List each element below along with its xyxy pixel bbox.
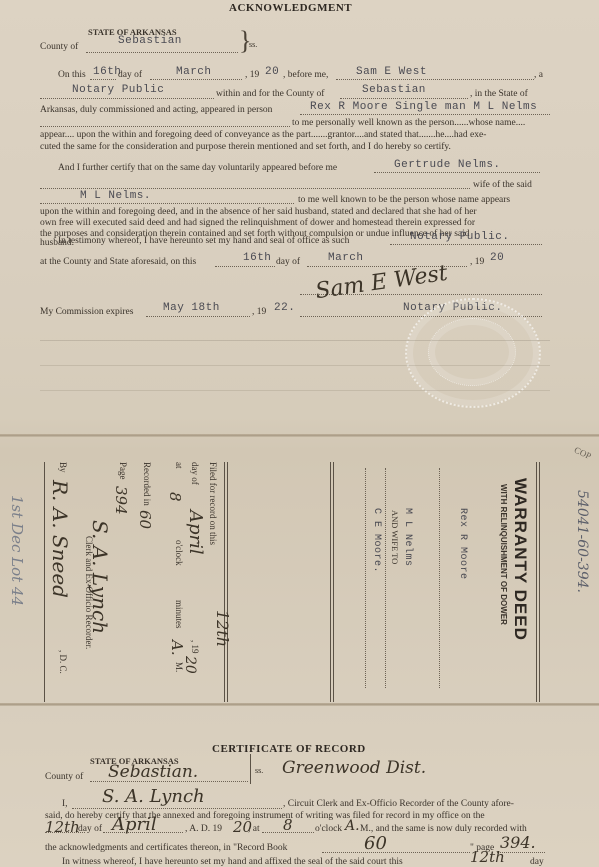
cert-i-label: I,	[62, 799, 68, 809]
day-of-label: day of	[118, 70, 142, 80]
dotline	[385, 468, 387, 688]
deed-title: WARRANTY DEED	[510, 478, 530, 641]
cert-county-label: County of	[45, 772, 83, 782]
dotline	[300, 114, 550, 115]
filed-label: Filed for record on this	[208, 462, 218, 545]
at-label: at	[174, 462, 184, 469]
hour-value: 8	[166, 492, 184, 502]
minutes-label: minutes	[174, 600, 184, 629]
certificate-title: CERTIFICATE OF RECORD	[212, 743, 366, 755]
year-prefix: , 19	[190, 640, 200, 654]
notary-seal-inner	[428, 318, 516, 386]
dotline	[72, 808, 282, 809]
dotline	[90, 79, 116, 80]
cert-at: , at	[248, 824, 260, 834]
dotline	[390, 244, 542, 245]
filed-month: April	[185, 510, 206, 555]
husband-name: M L Nelms.	[80, 190, 151, 202]
line6-text: cuted the same for the consideration and…	[40, 142, 451, 152]
margin-note-right: 54041-60-394.	[574, 490, 590, 593]
by-label: By	[58, 462, 68, 473]
cert-book: 60	[364, 833, 387, 854]
cert-ss-label: ss.	[255, 766, 263, 775]
grantee-value: C E Moore.	[371, 508, 382, 573]
cert-line4: the acknowledgments and certificates the…	[45, 843, 287, 853]
line9-text: to me well known to be the person whose …	[298, 195, 510, 205]
cert-day: 12th	[45, 818, 80, 836]
border-line	[224, 462, 225, 702]
dotline	[340, 98, 468, 99]
dotline	[336, 79, 534, 80]
filed-year: 20	[182, 656, 198, 674]
clerk-name: S. A. Lynch	[102, 786, 205, 807]
cert-county-value: Sebastian.	[108, 762, 198, 782]
clerk-title: Clerk and Ex-Officio Recorder.	[84, 536, 94, 649]
dotline	[374, 172, 540, 173]
line3-text: Arkansas, duly commissioned and acting, …	[40, 105, 272, 115]
a-label: , a	[534, 70, 543, 80]
county2-value: Sebastian	[362, 84, 426, 96]
paper-fold	[0, 434, 599, 437]
dotline	[322, 852, 470, 853]
page-label: Page	[118, 462, 128, 480]
day-of2-label: day of	[276, 257, 300, 267]
border-line	[227, 462, 228, 702]
m-label: M.	[174, 662, 184, 672]
cert-day-of: day of	[78, 824, 102, 834]
cert-meridian: A.	[345, 818, 360, 834]
dotline	[40, 126, 290, 127]
day2-value: 16th	[243, 252, 271, 264]
on-this-label: On this	[58, 70, 86, 80]
cert-hour: 8	[283, 816, 293, 834]
cert-witness: In witness whereof, I have hereunto set …	[62, 857, 403, 867]
and-wife-to: AND WIFE TO	[390, 510, 400, 564]
year-value: 20	[265, 66, 279, 78]
ruled-line	[40, 390, 550, 391]
line5-text: appear.... upon the within and foregoing…	[40, 130, 486, 140]
commission-label: My Commission expires	[40, 307, 133, 317]
dotline	[40, 188, 470, 189]
border-line	[539, 462, 540, 702]
ss-label: ss.	[249, 40, 257, 49]
deputy-signature: R. A. Sneed	[48, 480, 72, 598]
deed-subtitle: WITH RELINQUISHMENT OF DOWER	[499, 484, 508, 625]
at-county-text: at the County and State aforesaid, on th…	[40, 257, 196, 267]
cert-ad: , A. D. 19	[185, 824, 222, 834]
commission-year: 22.	[274, 302, 295, 314]
dotline	[439, 468, 441, 688]
day-of-label: day of	[190, 462, 200, 485]
border-line	[330, 462, 331, 702]
border-line	[333, 462, 334, 702]
county-label: County of	[40, 42, 78, 52]
cert-line2: said, do hereby certify that the annexed…	[45, 811, 485, 821]
meridian-value: A.	[168, 640, 186, 656]
page-value: 394	[112, 486, 130, 515]
within-county-label: within and for the County of	[216, 89, 324, 99]
grantors-value: Rex R Moore Single man M L Nelms	[310, 101, 537, 113]
ruled-line	[40, 340, 550, 341]
cert-witness-day: 12th	[470, 848, 505, 866]
year-prefix: , 19	[245, 70, 259, 80]
month2-value: March	[328, 252, 364, 264]
line11-text: own free will executed said deed and had…	[40, 218, 475, 228]
year2-value: 20	[490, 252, 504, 264]
further-text: And I further certify that on the same d…	[58, 163, 337, 173]
filed-day: 12th	[213, 610, 232, 647]
county-line	[86, 52, 238, 53]
grantor-value: Rex R Moore	[457, 508, 468, 580]
cert-page: 394.	[500, 833, 536, 852]
acknowledgment-title: ACKNOWLEDGMENT	[229, 2, 352, 14]
recorded-in-label: Recorded in	[142, 462, 152, 506]
cert-oclock: o'clock	[315, 824, 342, 834]
county-value: Sebastian	[118, 35, 182, 47]
officer-title: Notary Public	[72, 84, 164, 96]
border-line	[536, 462, 537, 702]
testimony-text: In testimony whereof, I have hereunto se…	[58, 236, 349, 246]
dotline	[40, 98, 214, 99]
ruled-line	[40, 365, 550, 366]
wife-name: Gertrude Nelms.	[394, 159, 501, 171]
book-value: 60	[136, 510, 154, 529]
border-line	[44, 462, 45, 702]
commission-date: May 18th	[163, 302, 220, 314]
cert-month: April	[112, 814, 157, 835]
dc-label: , D. C.	[58, 650, 68, 674]
testimony-title: Notary Public.	[410, 231, 509, 243]
in-state-label: , in the State of	[470, 89, 528, 99]
grantor2-value: M L Nelms	[402, 508, 413, 567]
dotline	[215, 266, 275, 267]
dotline	[365, 468, 367, 688]
district-value: Greenwood Dist.	[282, 758, 426, 778]
before-me-label: , before me,	[283, 70, 328, 80]
dotline	[40, 203, 294, 204]
officer-name: Sam E West	[356, 66, 427, 78]
cert-day-word: day	[530, 857, 544, 867]
clerk-text: , Circuit Clerk and Ex-Officio Recorder …	[283, 799, 514, 809]
line4-text: to me personally well known as the perso…	[292, 118, 525, 128]
commission-year-prefix: , 19	[252, 307, 266, 317]
brace-line	[250, 754, 251, 784]
dotline	[146, 316, 250, 317]
wife-of-label: wife of the said	[473, 180, 532, 190]
year2-prefix: , 19	[470, 257, 484, 267]
paper-fold	[0, 703, 599, 706]
oclock-label: o'clock	[174, 540, 184, 566]
margin-note-left: 1st Dec Lot 44	[8, 495, 26, 606]
line10-text: upon the within and foregoing deed, and …	[40, 207, 477, 217]
dotline	[150, 79, 242, 80]
month-value: March	[176, 66, 212, 78]
